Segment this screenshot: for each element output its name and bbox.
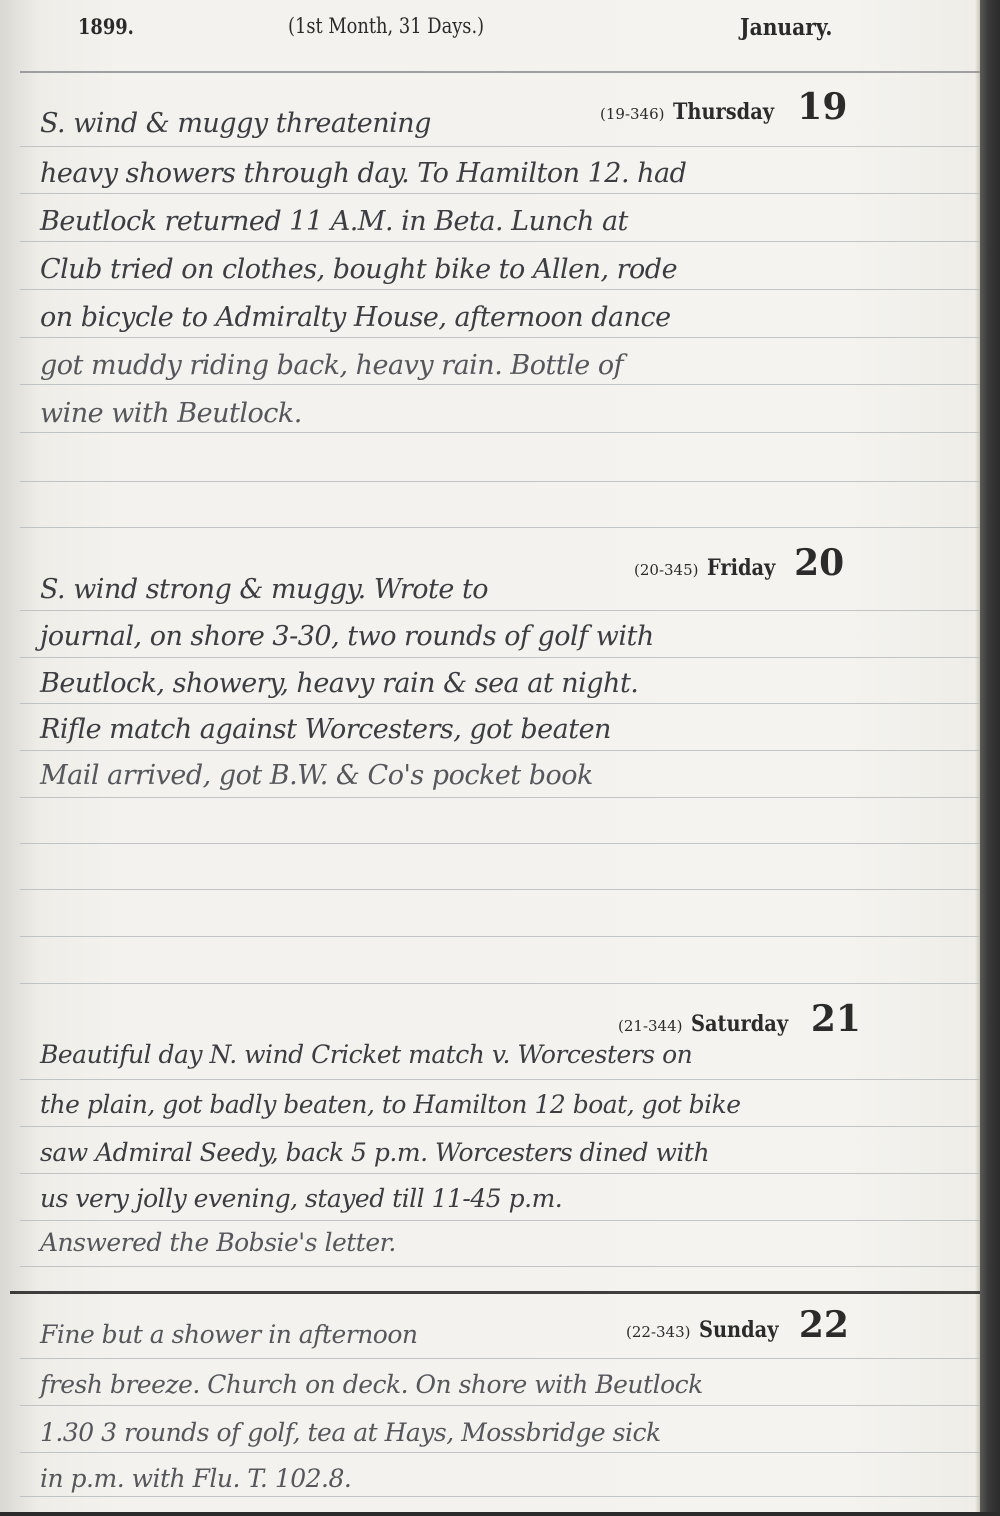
date-number: 19 <box>797 86 847 128</box>
entry-line: heavy showers through day. To Hamilton 1… <box>40 160 686 187</box>
entry-line: S. wind strong & muggy. Wrote to <box>40 576 488 603</box>
ruled-line <box>20 146 980 147</box>
ruled-line <box>20 193 980 194</box>
date-number: 21 <box>811 998 861 1040</box>
entry-line: Mail arrived, got B.W. & Co's pocket boo… <box>40 762 593 789</box>
ruled-line <box>20 384 980 385</box>
entry-line: 1.30 3 rounds of golf, tea at Hays, Moss… <box>40 1420 661 1445</box>
weekday: Saturday <box>691 1011 788 1037</box>
ruled-line <box>20 481 980 482</box>
weekday: Thursday <box>673 99 774 125</box>
ruled-line <box>20 983 980 984</box>
entry-line: in p.m. with Flu. T. 102.8. <box>40 1466 351 1491</box>
ruled-line <box>20 750 980 751</box>
weekday: Friday <box>707 555 775 581</box>
entry-line: journal, on shore 3-30, two rounds of go… <box>40 623 654 650</box>
day-code: (19-346) <box>600 105 665 123</box>
ruled-line <box>20 1358 980 1359</box>
diary-page: 1899. (1st Month, 31 Days.) January. (19… <box>0 0 980 1512</box>
ruled-line <box>20 797 980 798</box>
entry-line: S. wind & muggy threatening <box>40 110 431 137</box>
day-heading-sunday: (22-343) Sunday 22 <box>626 1304 849 1346</box>
section-divider-rule <box>10 1291 980 1294</box>
ruled-line <box>20 1173 980 1174</box>
day-heading-saturday: (21-344) Saturday 21 <box>618 998 861 1040</box>
entry-line: fresh breeze. Church on deck. On shore w… <box>40 1372 703 1397</box>
page-year: 1899. <box>78 14 134 39</box>
day-heading-friday: (20-345) Friday 20 <box>634 542 844 584</box>
ruled-line <box>20 1266 980 1267</box>
entry-line: saw Admiral Seedy, back 5 p.m. Worcester… <box>40 1140 709 1165</box>
entry-line: Rifle match against Worcesters, got beat… <box>40 716 611 743</box>
ruled-line <box>20 1405 980 1406</box>
ruled-line <box>20 1496 980 1497</box>
entry-line: wine with Beutlock. <box>40 400 302 427</box>
ruled-line <box>20 843 980 844</box>
page-month: January. <box>740 14 832 41</box>
entry-line: Answered the Bobsie's letter. <box>40 1230 396 1255</box>
ruled-line <box>20 657 980 658</box>
day-code: (22-343) <box>626 1323 691 1341</box>
entry-line: the plain, got badly beaten, to Hamilton… <box>40 1092 741 1117</box>
entry-line: Beautiful day N. wind Cricket match v. W… <box>40 1042 692 1067</box>
ruled-line <box>20 889 980 890</box>
ruled-line <box>20 936 980 937</box>
date-number: 20 <box>794 542 844 584</box>
entry-line: Fine but a shower in afternoon <box>40 1322 418 1347</box>
entry-line: got muddy riding back, heavy rain. Bottl… <box>40 352 623 379</box>
day-code: (21-344) <box>618 1017 683 1035</box>
weekday: Sunday <box>699 1317 778 1343</box>
book-spine-edge <box>980 0 1000 1516</box>
entry-line: on bicycle to Admiralty House, afternoon… <box>40 304 671 331</box>
header-rule <box>20 71 980 73</box>
entry-line: Beutlock, showery, heavy rain & sea at n… <box>40 670 638 697</box>
date-number: 22 <box>799 1304 849 1346</box>
bottom-edge <box>0 1512 1000 1516</box>
ruled-line <box>20 1220 980 1221</box>
ruled-line <box>20 527 980 528</box>
ruled-line <box>20 337 980 338</box>
day-heading-thursday: (19-346) Thursday 19 <box>600 86 847 128</box>
ruled-line <box>20 432 980 433</box>
ruled-line <box>20 610 980 611</box>
ruled-line <box>20 1126 980 1127</box>
entry-line: us very jolly evening, stayed till 11-45… <box>40 1186 562 1211</box>
day-code: (20-345) <box>634 561 699 579</box>
entry-line: Club tried on clothes, bought bike to Al… <box>40 256 677 283</box>
ruled-line <box>20 241 980 242</box>
ruled-line <box>20 289 980 290</box>
ruled-line <box>20 1079 980 1080</box>
month-info: (1st Month, 31 Days.) <box>288 14 484 38</box>
entry-line: Beutlock returned 11 A.M. in Beta. Lunch… <box>40 208 628 235</box>
ruled-line <box>20 1452 980 1453</box>
ruled-line <box>20 703 980 704</box>
